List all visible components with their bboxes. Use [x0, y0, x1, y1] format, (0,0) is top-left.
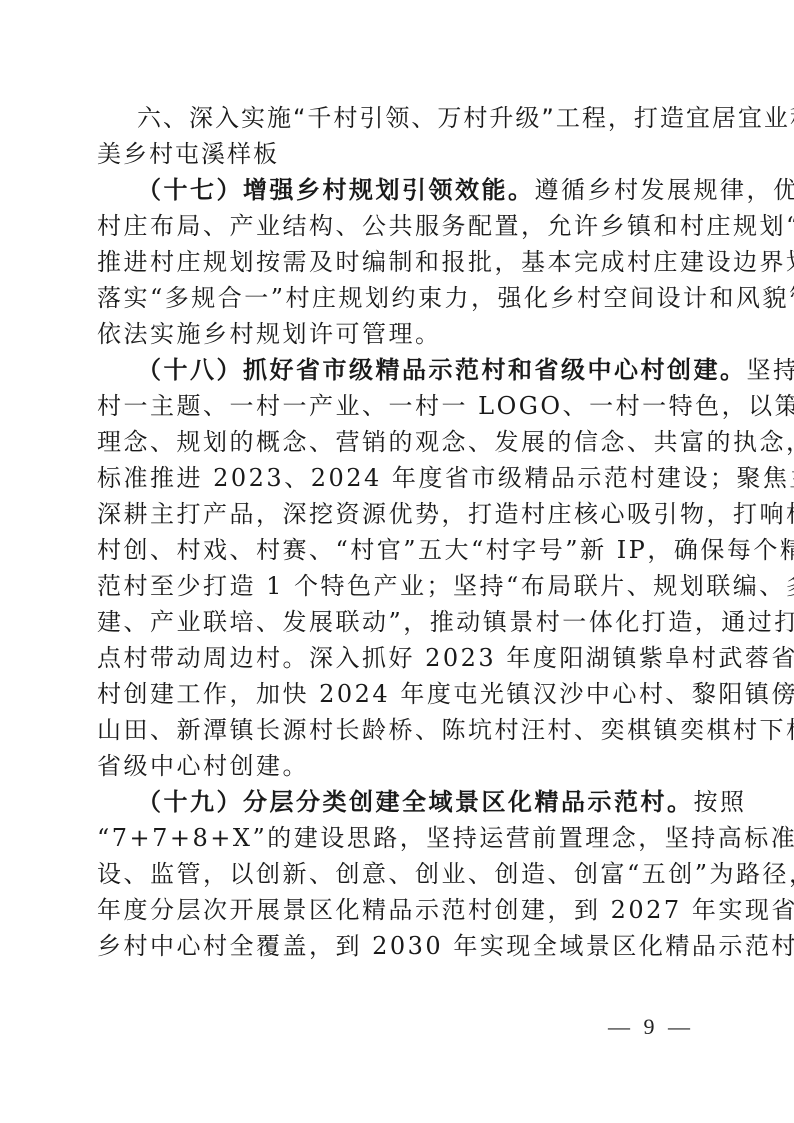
paragraph-19-line-5: 乡村中心村全覆盖，到 2030 年实现全域景区化精品示范村创建。: [97, 928, 699, 964]
paragraph-17-line-5: 依法实施乡村规划许可管理。: [97, 316, 699, 352]
paragraph-18-line-12: 省级中心村创建。: [97, 748, 699, 784]
paragraph-18-line-5: 深耕主打产品，深挖资源优势，打造村庄核心吸引物，打响村碗、: [97, 496, 699, 532]
paragraph-18-line-9: 点村带动周边村。深入抓好 2023 年度阳湖镇紫阜村武蓉省级中心: [97, 640, 699, 676]
paragraph-17-line-4: 落实“多规合一”村庄规划约束力，强化乡村空间设计和风貌管控。: [97, 280, 699, 316]
paragraph-18-line-2: 村一主题、一村一产业、一村一 LOGO、一村一特色，以策划的: [97, 388, 699, 424]
page-number: — 9 —: [608, 1014, 694, 1040]
section-heading-line-1: 六、深入实施“千村引领、万村升级”工程，打造宜居宜业和: [97, 100, 699, 136]
paragraph-17-line-3: 推进村庄规划按需及时编制和报批，基本完成村庄建设边界划定。: [97, 244, 699, 280]
paragraph-17-text: 遵循乡村发展规律，优化: [535, 176, 794, 204]
paragraph-18-line-4: 标准推进 2023、2024 年度省市级精品示范村建设；聚焦主导产业，: [97, 460, 699, 496]
paragraph-19-number: （十九）: [137, 788, 243, 816]
paragraph-18-title: （十八）抓好省市级精品示范村和省级中心村创建。: [137, 356, 747, 384]
paragraph-17-number: （十七）: [137, 176, 243, 204]
paragraph-17-title: （十七）增强乡村规划引领效能。: [137, 176, 535, 204]
paragraph-18-line-6: 村创、村戏、村赛、“村官”五大“村字号”新 IP，确保每个精品示: [97, 532, 699, 568]
paragraph-18-heading: 抓好省市级精品示范村和省级中心村创建。: [243, 356, 747, 384]
paragraph-18-line-3: 理念、规划的概念、营销的观念、发展的信念、共富的执念，高: [97, 424, 699, 460]
paragraph-19-heading: 分层分类创建全域景区化精品示范村。: [243, 788, 694, 816]
paragraph-17-line-2: 村庄布局、产业结构、公共服务配置，允许乡镇和村庄规划“留白”，: [97, 208, 699, 244]
paragraph-17-heading: 增强乡村规划引领效能。: [243, 176, 535, 204]
paragraph-18-number: （十八）: [137, 356, 243, 384]
paragraph-18-line-8: 建、产业联培、发展联动”，推动镇景村一体化打造，通过打造节: [97, 604, 699, 640]
paragraph-18-line-11: 山田、新潭镇长源村长龄桥、陈坑村汪村、奕棋镇奕棋村下林塘: [97, 712, 699, 748]
paragraph-19-title: （十九）分层分类创建全域景区化精品示范村。: [137, 788, 694, 816]
paragraph-18-line-10: 村创建工作，加快 2024 年度屯光镇汉沙中心村、黎阳镇傍霞村高: [97, 676, 699, 712]
paragraph-18-line-1: （十八）抓好省市级精品示范村和省级中心村创建。坚持一: [97, 352, 699, 388]
paragraph-19-line-4: 年度分层次开展景区化精品示范村创建，到 2027 年实现省级和美: [97, 892, 699, 928]
paragraph-19-line-3: 设、监管，以创新、创意、创业、创造、创富“五创”为路径，分: [97, 856, 699, 892]
document-page: 六、深入实施“千村引领、万村升级”工程，打造宜居宜业和 美乡村屯溪样板 （十七）…: [97, 100, 699, 964]
section-heading-line-2: 美乡村屯溪样板: [97, 136, 699, 172]
paragraph-19-line-1: （十九）分层分类创建全域景区化精品示范村。按照: [97, 784, 699, 820]
paragraph-17-line-1: （十七）增强乡村规划引领效能。遵循乡村发展规律，优化: [97, 172, 699, 208]
paragraph-19-line-2: “7+7+8+X”的建设思路，坚持运营前置理念，坚持高标准规划、建: [97, 820, 699, 856]
paragraph-18-text: 坚持一: [747, 356, 794, 384]
paragraph-18-line-7: 范村至少打造 1 个特色产业；坚持“布局联片、规划联编、多村联: [97, 568, 699, 604]
paragraph-19-text: 按照: [694, 788, 747, 816]
